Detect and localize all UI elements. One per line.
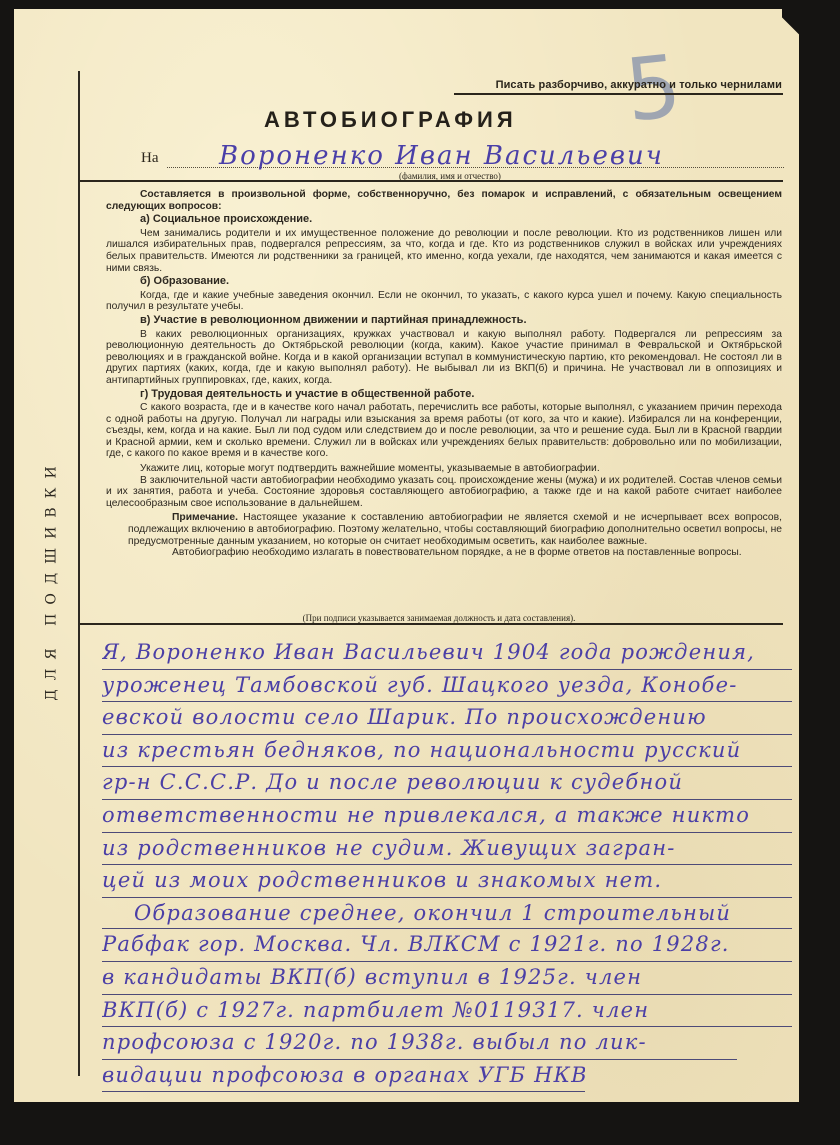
section-heading-labor-activity: г) Трудовая деятельность и участие в общ… (106, 389, 782, 401)
name-field-value: Вороненко Иван Васильевич (219, 141, 664, 171)
instructions-block: Составляется в произвольной форме, собст… (106, 189, 782, 559)
handwritten-line: в кандидаты ВКП(б) вступил в 1925г. член (102, 962, 792, 995)
handwritten-line: из родственников не судим. Живущих загра… (102, 833, 792, 866)
section-text-social-origin: Чем занимались родители и их имущественн… (106, 228, 782, 274)
section-text-revolutionary-participation: В каких революционных организациях, круж… (106, 329, 782, 387)
handwritten-autobiography: Я, Вороненко Иван Васильевич 1904 года р… (102, 637, 792, 1092)
document-title: АВТОБИОГРАФИЯ (264, 107, 517, 133)
handwritten-line: Я, Вороненко Иван Васильевич 1904 года р… (102, 637, 792, 670)
section-text-labor-activity: С какого возраста, где и в качестве кого… (106, 402, 782, 460)
handwritten-line: видации профсоюза в органах УГБ НКВД. (102, 1060, 585, 1093)
section-heading-social-origin: а) Социальное происхождение. (106, 214, 782, 226)
signature-caption: (При подписи указывается занимаемая долж… (14, 613, 814, 623)
handwritten-line: гр-н С.С.С.Р. До и после революции к суд… (102, 767, 792, 800)
handwritten-line: профсоюза с 1920г. по 1938г. выбыл по ли… (102, 1027, 737, 1060)
handwritten-line: ВКП(б) с 1927г. партбилет №0119317. член (102, 995, 792, 1028)
note-label: Примечание. (172, 512, 238, 523)
section-heading-education: б) Образование. (106, 276, 782, 288)
handwritten-line: ответственности не привлекался, а также … (102, 800, 792, 833)
note-paragraph: Примечание. Настоящее указание к составл… (106, 512, 782, 547)
document-sheet: ДЛЯ ПОДШИВКИ 5 Писать разборчиво, аккура… (14, 9, 799, 1102)
signature-divider (80, 623, 783, 625)
binding-label-text: ДЛЯ ПОДШИВКИ (44, 457, 60, 700)
binding-margin-line (78, 71, 80, 1076)
binding-label: ДЛЯ ПОДШИВКИ (42, 429, 62, 729)
ink-instruction: Писать разборчиво, аккуратно и только че… (454, 79, 782, 91)
handwritten-line: уроженец Тамбовской губ. Шацкого уезда, … (102, 670, 792, 703)
name-field-prefix: На (141, 150, 159, 167)
conclusion-instruction: В заключительной части автобиографии нео… (106, 475, 782, 510)
handwritten-line: Образование среднее, окончил 1 строитель… (102, 898, 792, 930)
name-field: На Вороненко Иван Васильевич (129, 141, 784, 171)
ink-instruction-underline (454, 93, 783, 95)
handwritten-line: евской волости село Шарик. По происхожде… (102, 702, 792, 735)
narrative-rule: Автобиографию необходимо излагать в пове… (106, 547, 782, 559)
header-divider (80, 180, 783, 182)
section-text-education: Когда, где и какие учебные заведения око… (106, 290, 782, 313)
witnesses-instruction: Укажите лиц, которые могут подтвердить в… (106, 463, 782, 475)
instructions-intro: Составляется в произвольной форме, собст… (106, 189, 782, 212)
handwritten-line: Рабфак гор. Москва. Чл. ВЛКСМ с 1921г. п… (102, 929, 792, 962)
handwritten-line: цей из моих родственников и знакомых нет… (102, 865, 792, 898)
section-heading-revolutionary-participation: в) Участие в революционном движении и па… (106, 315, 782, 327)
handwritten-line: из крестьян бедняков, по национальности … (102, 735, 792, 768)
